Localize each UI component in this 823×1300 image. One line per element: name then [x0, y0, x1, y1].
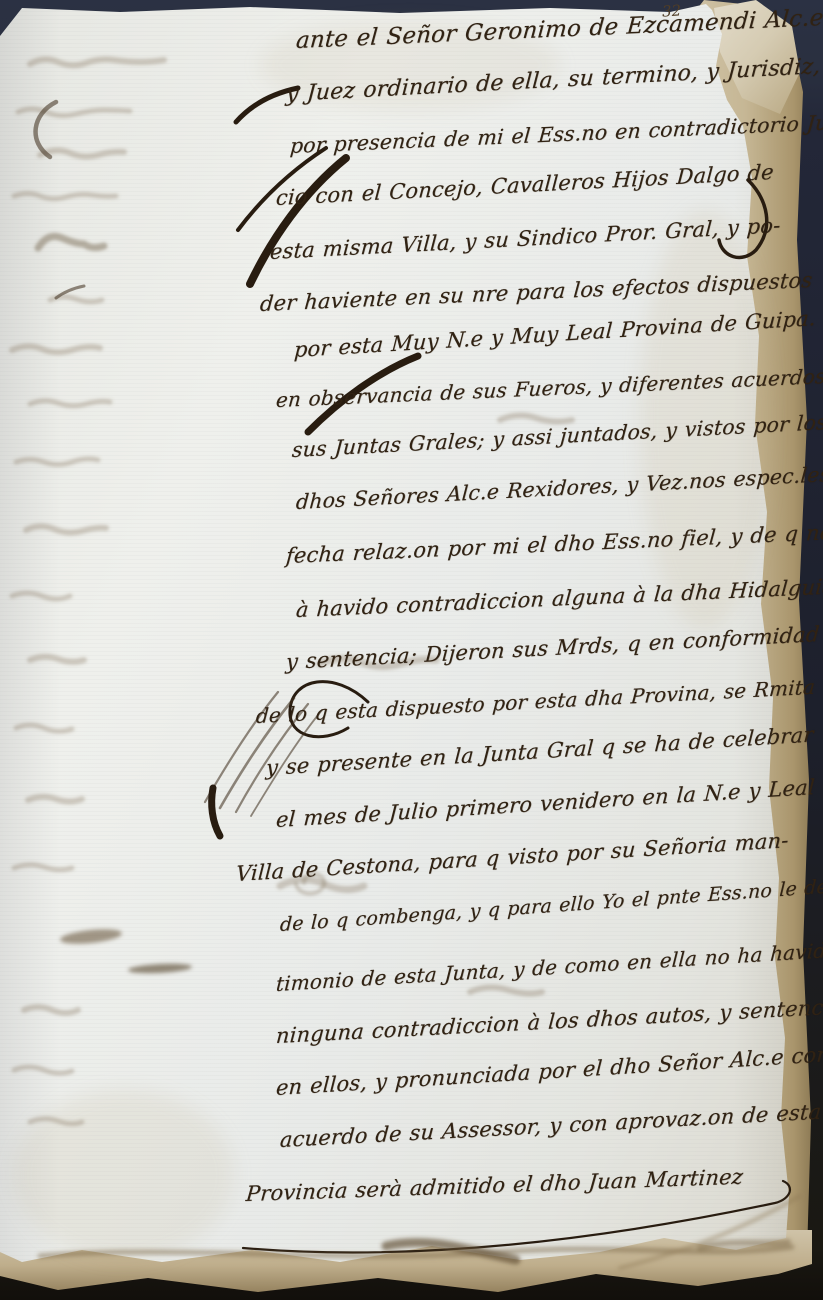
manuscript-line: sus Juntas Grales; y assi juntados, y vi…	[291, 410, 823, 462]
manuscript-line: Provincia serà admitido el dho Juan Mart…	[245, 1165, 744, 1206]
manuscript-line: de lo q esta dispuesto por esta dha Prov…	[255, 675, 816, 728]
manuscript-line: acuerdo de su Assessor, y con aprovaz.on…	[279, 1100, 822, 1152]
manuscript-line: esta misma Villa, y su Sindico Pror. Gra…	[269, 213, 781, 264]
manuscript-line: à havido contradiccion alguna à la dha H…	[295, 574, 823, 622]
manuscript-line: el mes de Julio primero venidero en la N…	[275, 775, 815, 832]
manuscript-line: en ellos, y pronunciada por el dho Señor…	[275, 1042, 823, 1100]
manuscript-line: por esta Muy N.e y Muy Leal Provina de G…	[293, 306, 816, 362]
manuscript-line: ante el Señor Geronimo de Ezcamendi Alc.…	[295, 5, 823, 54]
manuscript-line: Villa de Cestona, para q visto por su Se…	[235, 828, 789, 886]
manuscript-line: y sentencia; Dijeron sus Mrds, q en conf…	[285, 622, 820, 674]
manuscript-scan: 32 ante el Señor Geronimo de Ezcamendi A…	[0, 0, 823, 1300]
manuscript-line: cio con el Concejo, Cavalleros Hijos Dal…	[275, 160, 774, 210]
manuscript-line: fecha relaz.on por mi el dho Ess.no fiel…	[285, 520, 823, 568]
manuscript-line: timonio de esta Junta, y de como en ella…	[275, 938, 823, 997]
manuscript-line: der haviente en su nre para los efectos …	[259, 268, 813, 316]
manuscript-line: ninguna contradiccion à los dhos autos, …	[275, 994, 823, 1048]
manuscript-line: por presencia de mi el Ess.no en contrad…	[289, 110, 823, 158]
manuscript-line: de lo q combenga, y q para ello Yo el pn…	[279, 873, 823, 936]
manuscript-line: y se presente en la Junta Gral q se ha d…	[265, 722, 814, 780]
manuscript-line: y Juez ordinario de ella, su termino, y …	[285, 54, 821, 107]
manuscript-text-block: ante el Señor Geronimo de Ezcamendi Alc.…	[0, 0, 823, 1300]
manuscript-line: en observancia de sus Fueros, y diferent…	[275, 363, 823, 413]
manuscript-line: dhos Señores Alc.e Rexidores, y Vez.nos …	[295, 461, 823, 514]
